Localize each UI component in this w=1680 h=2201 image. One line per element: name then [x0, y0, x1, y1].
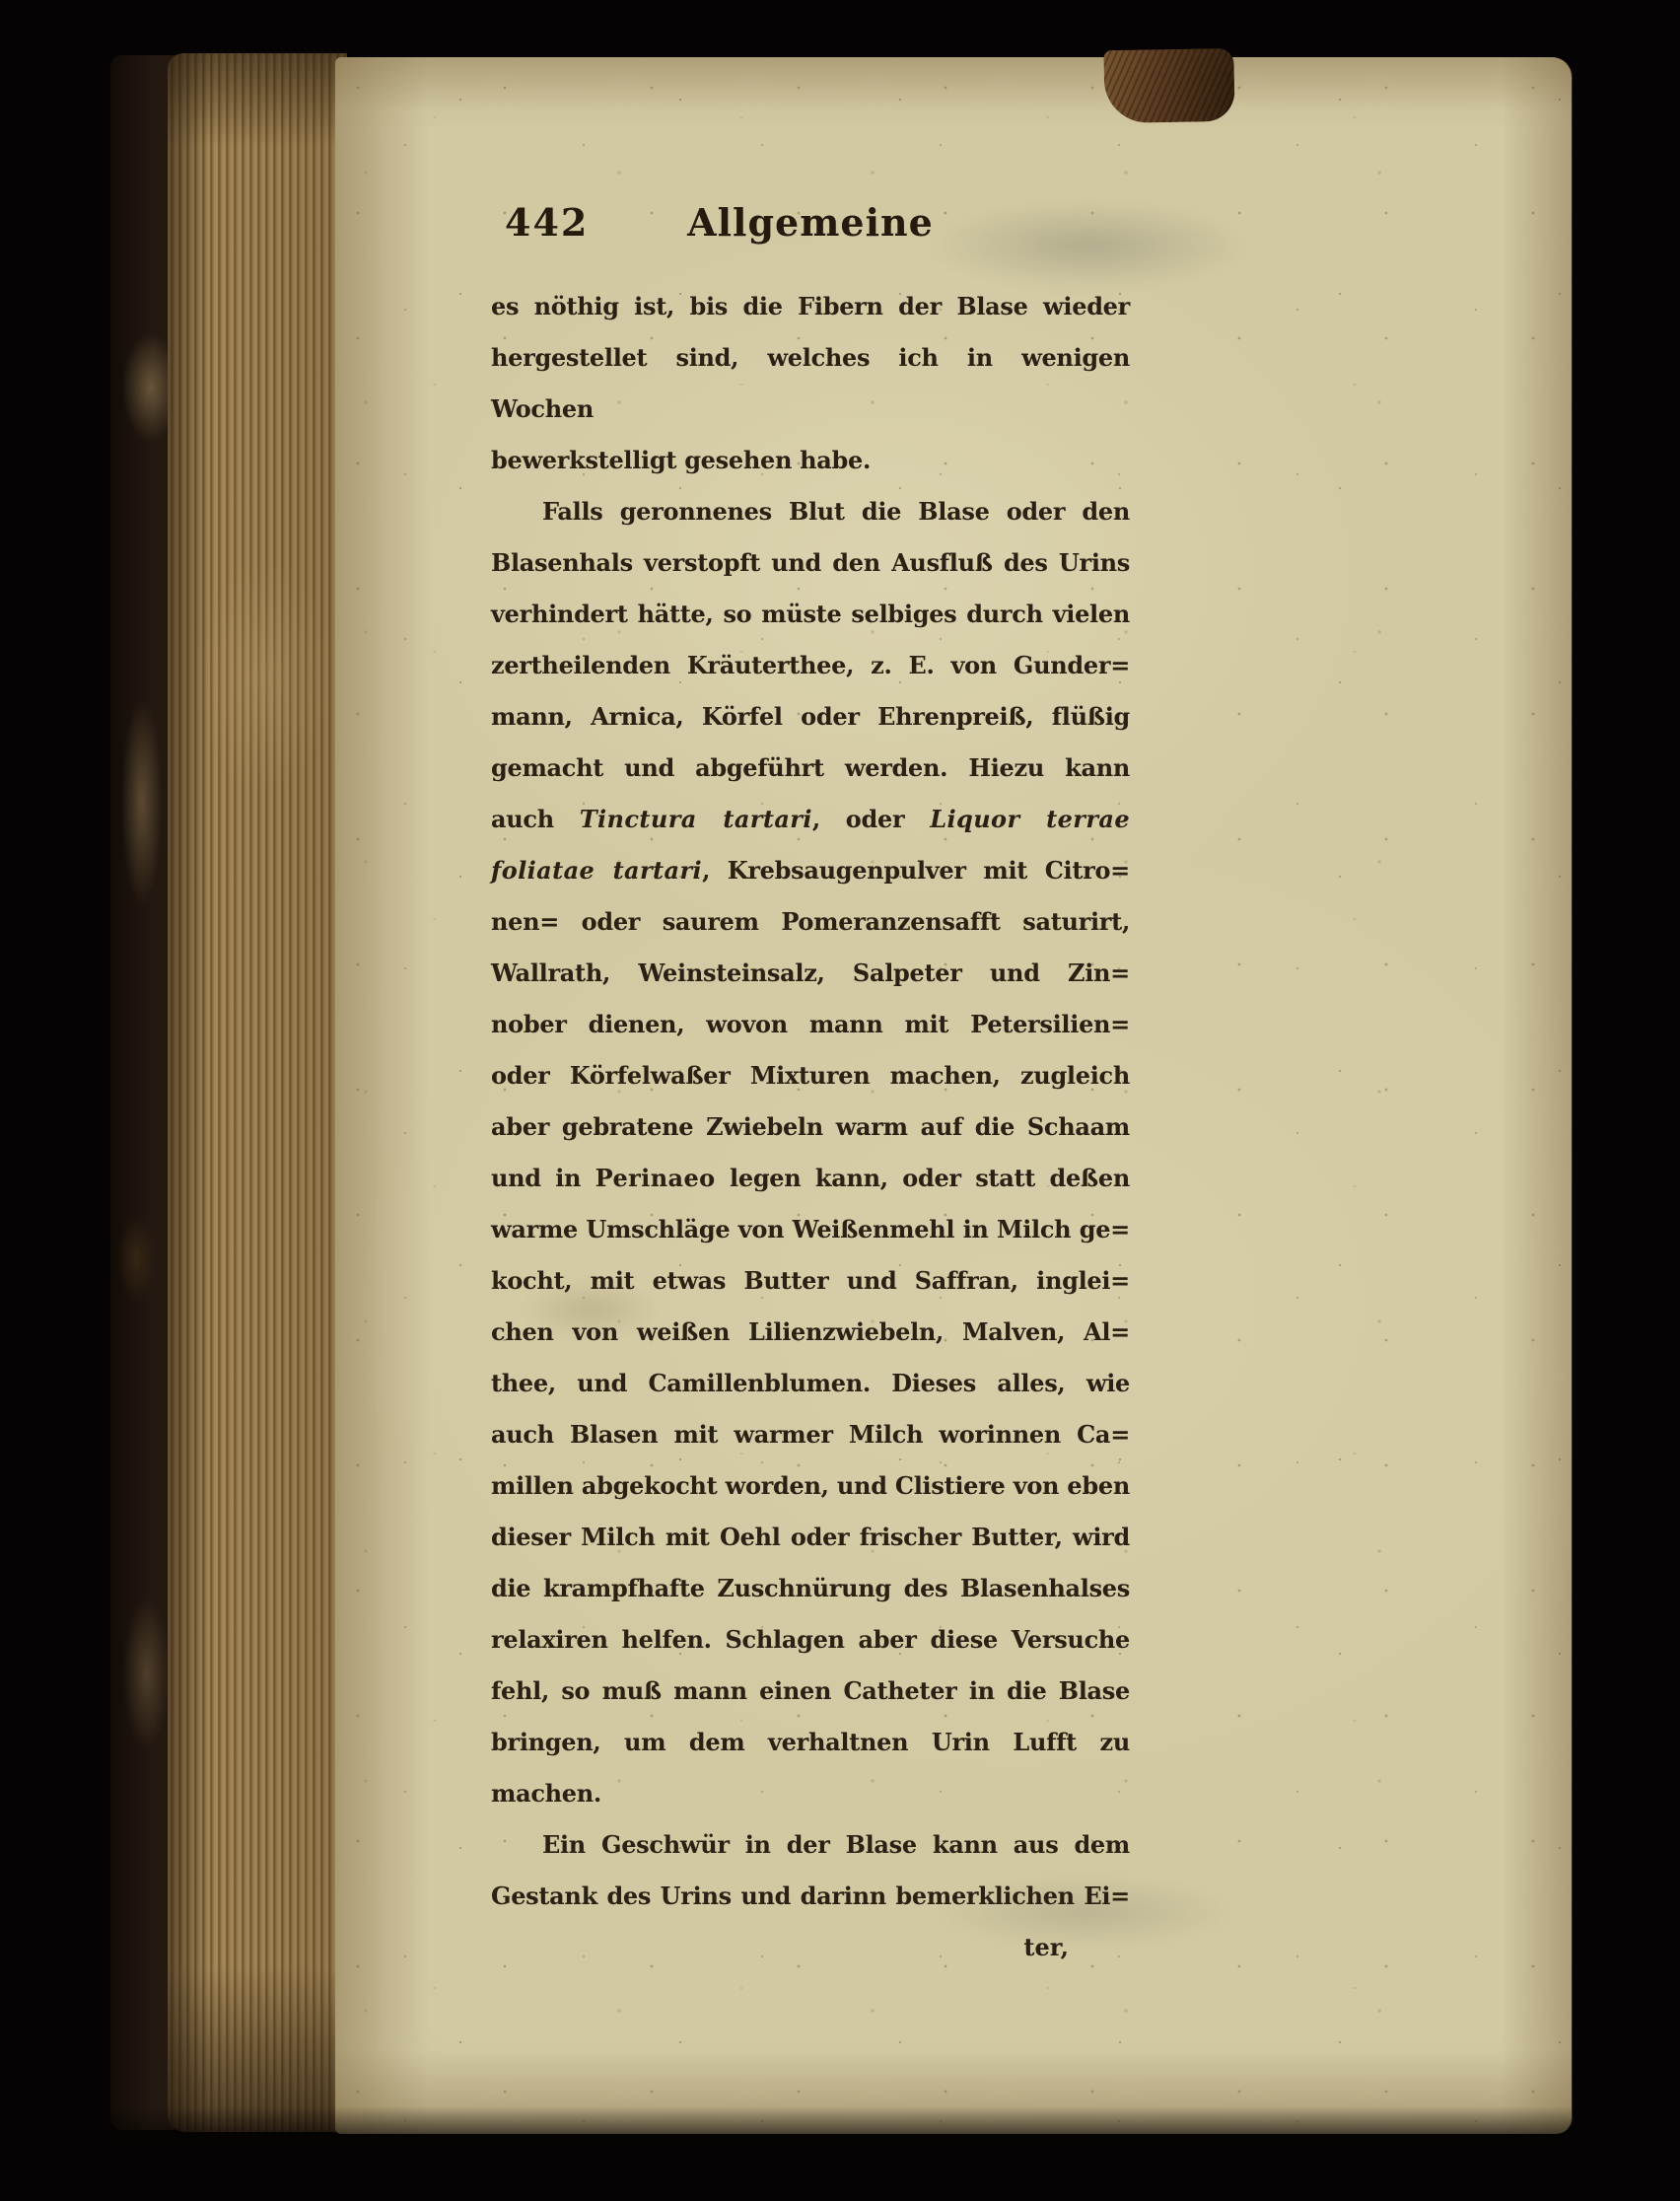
- page-number: 442: [505, 200, 589, 245]
- text-line: die krampfhafte Zuschnürung des Blasenha…: [491, 1563, 1130, 1614]
- text-line: dieser Milch mit Oehl oder frischer Butt…: [491, 1512, 1130, 1563]
- text-line: hergestellet sind, welches ich in wenige…: [491, 332, 1130, 435]
- text-line: chen von weißen Lilienzwiebeln, Malven, …: [491, 1307, 1130, 1358]
- text-line: gemacht und abgeführt werden. Hiezu kann: [491, 743, 1130, 794]
- text-line: Ein Geschwür in der Blase kann aus dem: [491, 1819, 1130, 1871]
- text-line: mann, Arnica, Körfel oder Ehrenpreiß, fl…: [491, 691, 1130, 743]
- page-edge-stack: [168, 53, 347, 2132]
- text-line: fehl, so muß mann einen Catheter in die …: [491, 1666, 1130, 1717]
- text-line: relaxiren helfen. Schlagen aber diese Ve…: [491, 1614, 1130, 1666]
- text-line: bewerkstelligt gesehen habe.: [491, 435, 1130, 486]
- text-line: auch Blasen mit warmer Milch worinnen Ca…: [491, 1409, 1130, 1460]
- text-line: verhindert hätte, so müste selbiges durc…: [491, 589, 1130, 640]
- text-line: und in Perinaeo legen kann, oder statt d…: [491, 1153, 1130, 1204]
- text-line: auch Tinctura tartari, oder Liquor terra…: [491, 794, 1130, 845]
- text-line: warme Umschläge von Weißenmehl in Milch …: [491, 1204, 1130, 1255]
- text-line: Blasenhals verstopft und den Ausfluß des…: [491, 537, 1130, 589]
- text-line: aber gebratene Zwiebeln warm auf die Sch…: [491, 1101, 1130, 1153]
- text-line: Falls geronnenes Blut die Blase oder den: [491, 486, 1130, 537]
- page-surface: 442 Allgemeine es nöthig ist, bis die Fi…: [335, 57, 1572, 2134]
- text-line: oder Körfelwaßer Mixturen machen, zuglei…: [491, 1050, 1130, 1101]
- text-line: foliatae tartari, Krebsaugenpulver mit C…: [491, 845, 1130, 896]
- book-spine-leather: [110, 55, 175, 2130]
- page-header: 442 Allgemeine: [491, 200, 1130, 255]
- text-line: thee, und Camillenblumen. Dieses alles, …: [491, 1358, 1130, 1409]
- catchword-row: ter,: [491, 1922, 1130, 1973]
- text-column: 442 Allgemeine es nöthig ist, bis die Fi…: [491, 200, 1130, 1973]
- text-line: zertheilenden Kräuterthee, z. E. von Gun…: [491, 640, 1130, 691]
- text-line: bringen, um dem verhaltnen Urin Lufft zu: [491, 1717, 1130, 1768]
- book-scan: 442 Allgemeine es nöthig ist, bis die Fi…: [0, 0, 1680, 2201]
- text-line: nober dienen, wovon mann mit Petersilien…: [491, 999, 1130, 1050]
- text-line: millen abgekocht worden, und Clistiere v…: [491, 1460, 1130, 1512]
- text-line: Gestank des Urins und darinn bemerkliche…: [491, 1871, 1130, 1922]
- body-text: es nöthig ist, bis die Fibern der Blase …: [491, 281, 1130, 1922]
- text-line: nen= oder saurem Pomeranzensafft saturir…: [491, 896, 1130, 948]
- book-corner-fragment: [1103, 48, 1234, 123]
- text-line: es nöthig ist, bis die Fibern der Blase …: [491, 281, 1130, 332]
- text-line: machen.: [491, 1768, 1130, 1819]
- text-line: Wallrath, Weinsteinsalz, Salpeter und Zi…: [491, 948, 1130, 999]
- book-bottom-shadow: [110, 2106, 1572, 2150]
- catchword: ter,: [1023, 1933, 1069, 1961]
- book: 442 Allgemeine es nöthig ist, bis die Fi…: [110, 49, 1572, 2142]
- text-line: kocht, mit etwas Butter und Saffran, ing…: [491, 1255, 1130, 1307]
